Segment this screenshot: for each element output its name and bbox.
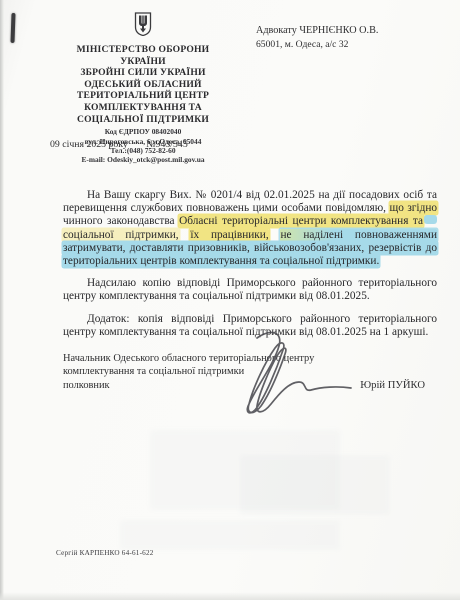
signature-block: Начальник Одеського обласного територіал… — [63, 352, 437, 392]
body-text-segment: Додаток: копія відповіді Приморського ра… — [87, 313, 437, 325]
recipient-block: Адвокату ЧЕРНІЄНКО О.В. 65001, м. Одеса,… — [256, 24, 436, 51]
letter-date: 09 січня 2025 року — [50, 139, 128, 150]
highlighted-text-yellow: їх працівники, — [190, 229, 268, 241]
body-line: Додаток: копія відповіді Приморського ра… — [63, 313, 437, 326]
highlighted-text-blue: не наділені повноваженнями — [280, 229, 437, 241]
highlighted-text-blue: територіальних центрів комплектування та… — [63, 255, 379, 267]
recipient-address: 65001, м. Одеса, а/с 32 — [256, 38, 436, 51]
body-text-segment: центру комплектування та соціальної підт… — [63, 326, 428, 338]
body-line: чинного законодавства Обласні територіал… — [63, 215, 437, 228]
body-line: затримувати, доставляти призовників, вій… — [63, 242, 437, 255]
signer-name: Юрій ПУЙКО — [360, 379, 425, 392]
org-email: E-mail: Odeskiy_otck@post.mil.gov.ua — [40, 155, 246, 164]
body-text-segment: На Вашу скаргу Вих. № 0201/4 від 02.01.2… — [87, 189, 437, 201]
letterhead-line: МІНІСТЕРСТВО ОБОРОНИ — [40, 44, 246, 56]
ukraine-trident-icon — [134, 12, 152, 41]
bleed-through-artifact — [240, 455, 390, 515]
highlighted-text-blue: затримувати, доставляти призовників, вій… — [63, 242, 437, 254]
staple-mark — [10, 13, 15, 43]
body-line: центру комплектування та соціальної підт… — [63, 290, 437, 303]
bleed-through-artifact — [120, 520, 340, 550]
body-line: територіальних центрів комплектування та… — [63, 255, 437, 268]
letterhead-line: ЗБРОЙНІ СИЛИ УКРАЇНИ — [40, 67, 246, 79]
body-text-segment: центру комплектування та соціальної підт… — [63, 290, 370, 302]
letter-number: №943/545 — [146, 139, 187, 150]
letterhead-line: ОДЕСЬКИЙ ОБЛАСНИЙ — [40, 79, 246, 91]
letterhead-line: ТЕРИТОРІАЛЬНИЙ ЦЕНТР — [40, 90, 246, 102]
scan-edge-left — [0, 0, 4, 600]
executor-line: Сергій КАРПЕНКО 64-61-622 — [56, 549, 154, 557]
body-text-segment: чинного законодавства — [63, 215, 175, 227]
body-line: перевищення службових повноважень цими о… — [63, 202, 437, 215]
highlight-marker-tail — [424, 215, 437, 224]
paragraph-1: На Вашу скаргу Вих. № 0201/4 від 02.01.2… — [63, 189, 437, 268]
body-text-segment: перевищення службових повноважень цими о… — [63, 202, 386, 214]
reference-line: 09 січня 2025 року №943/545 — [50, 139, 188, 150]
paragraph-2: Надсилаю копію відповіді Приморського ра… — [63, 277, 437, 303]
highlighted-text-yellow: Обласні територіальні центри комплектува… — [179, 215, 423, 227]
recipient-name: Адвокату ЧЕРНІЄНКО О.В. — [256, 24, 436, 38]
body-line: соціальної підтримки, їх працівники, не … — [63, 229, 437, 242]
letterhead-line: СОЦІАЛЬНОЇ ПІДТРИМКИ — [40, 114, 246, 126]
body-line: Надсилаю копію відповіді Приморського ра… — [63, 277, 437, 290]
signer-title-line: Начальник Одеського обласного територіал… — [63, 352, 437, 365]
body-text-segment: Надсилаю копію відповіді Приморського ра… — [87, 277, 437, 289]
org-code: Код ЄДРПОУ 08402040 — [40, 127, 246, 136]
scan-edge-bottom — [0, 592, 460, 600]
letterhead-line: УКРАЇНИ — [40, 56, 246, 68]
letterhead-line: КОМПЛЕКТУВАННЯ ТА — [40, 102, 246, 114]
letter-body: На Вашу скаргу Вих. № 0201/4 від 02.01.2… — [63, 189, 437, 348]
body-line: На Вашу скаргу Вих. № 0201/4 від 02.01.2… — [63, 189, 437, 202]
highlighted-text-pale: соціальної підтримки, — [63, 229, 179, 241]
body-line: центру комплектування та соціальної підт… — [63, 326, 437, 339]
highlighted-text-yellow: що згідно — [390, 202, 438, 214]
paragraph-attachment: Додаток: копія відповіді Приморського ра… — [63, 313, 437, 339]
scanned-letter-page: МІНІСТЕРСТВО ОБОРОНИ УКРАЇНИ ЗБРОЙНІ СИЛ… — [0, 0, 460, 600]
signer-title-line: комплектування та соціальної підтримки — [63, 365, 437, 378]
